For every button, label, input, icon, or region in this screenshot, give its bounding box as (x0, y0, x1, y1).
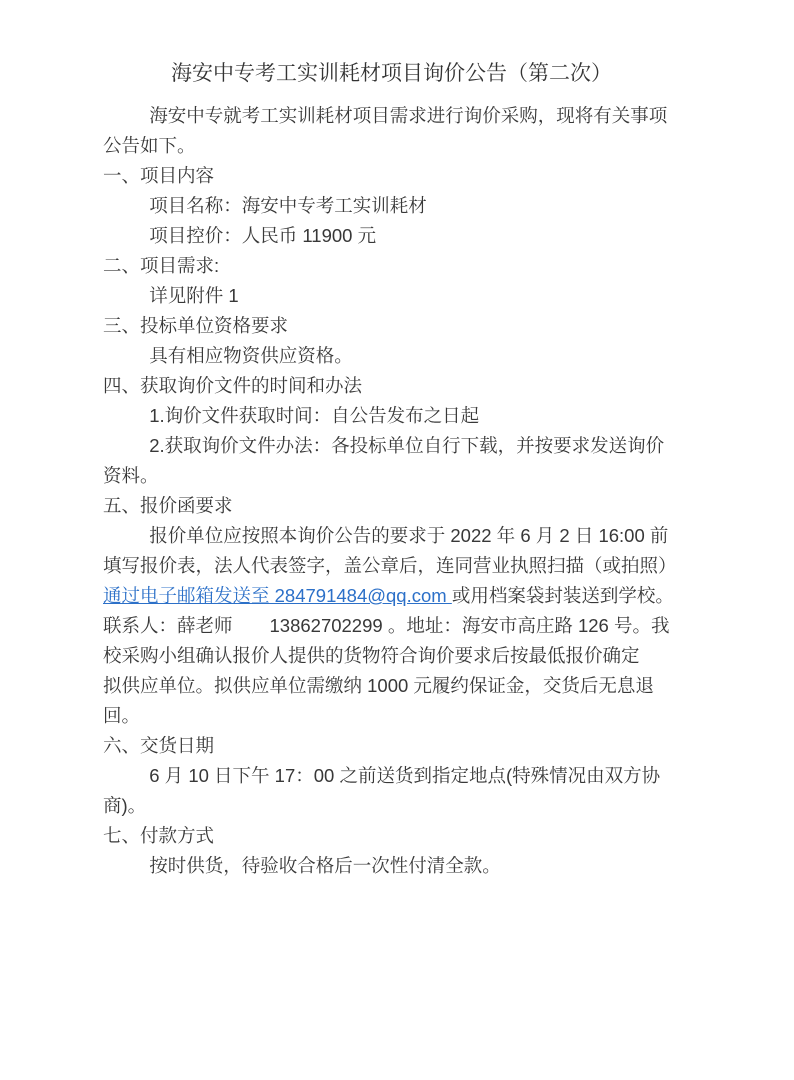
section-5-heading: 五、报价函要求 (103, 491, 680, 521)
review-line: 校采购小组确认报价人提供的货物符合询价要求后按最低报价确定 (103, 641, 680, 671)
intro-line-1: 海安中专就考工实训耗材项目需求进行询价采购，现将有关事项 (103, 101, 680, 131)
section-2-heading: 二、项目需求: (103, 251, 680, 281)
payment-line: 按时供货，待验收合格后一次性付清全款。 (103, 851, 680, 881)
email-line: 通过电子邮箱发送至 284791484@qq.com 或用档案袋封装送到学校。 (103, 581, 680, 611)
section-4-heading: 四、获取询价文件的时间和办法 (103, 371, 680, 401)
contact-line: 联系人：薛老师 13862702299 。地址：海安市高庄路 126 号。我 (103, 611, 680, 641)
document-page: 海安中专考工实训耗材项目询价公告（第二次） 海安中专就考工实训耗材项目需求进行询… (0, 0, 794, 1080)
intro-line-2: 公告如下。 (103, 131, 680, 161)
email-line-rest: 或用档案袋封装送到学校。 (452, 585, 674, 606)
section-6-heading: 六、交货日期 (103, 731, 680, 761)
deposit-line-end: 回。 (103, 701, 680, 731)
file-obtain-method-line-2: 资料。 (103, 461, 680, 491)
section-1-heading: 一、项目内容 (103, 161, 680, 191)
quote-requirement-line-2: 填写报价表，法人代表签字，盖公章后，连同营业执照扫描（或拍照） (103, 551, 680, 581)
email-link[interactable]: 通过电子邮箱发送至 284791484@qq.com (103, 585, 452, 606)
file-obtain-method-line-1: 2.获取询价文件办法：各投标单位自行下载，并按要求发送询价 (103, 431, 680, 461)
document-title: 海安中专考工实训耗材项目询价公告（第二次） (103, 55, 680, 93)
section-7-heading: 七、付款方式 (103, 821, 680, 851)
quote-requirement-line-1: 报价单位应按照本询价公告的要求于 2022 年 6 月 2 日 16:00 前 (103, 521, 680, 551)
project-budget-line: 项目控价：人民币 11900 元 (103, 221, 680, 251)
qualification-line: 具有相应物资供应资格。 (103, 341, 680, 371)
delivery-line-2: 商)。 (103, 791, 680, 821)
file-obtain-time-line: 1.询价文件获取时间：自公告发布之日起 (103, 401, 680, 431)
requirement-detail-line: 详见附件 1 (103, 281, 680, 311)
project-name-line: 项目名称：海安中专考工实训耗材 (103, 191, 680, 221)
deposit-line: 拟供应单位。拟供应单位需缴纳 1000 元履约保证金，交货后无息退 (103, 671, 680, 701)
section-3-heading: 三、投标单位资格要求 (103, 311, 680, 341)
delivery-line-1: 6 月 10 日下午 17：00 之前送货到指定地点(特殊情况由双方协 (103, 761, 680, 791)
